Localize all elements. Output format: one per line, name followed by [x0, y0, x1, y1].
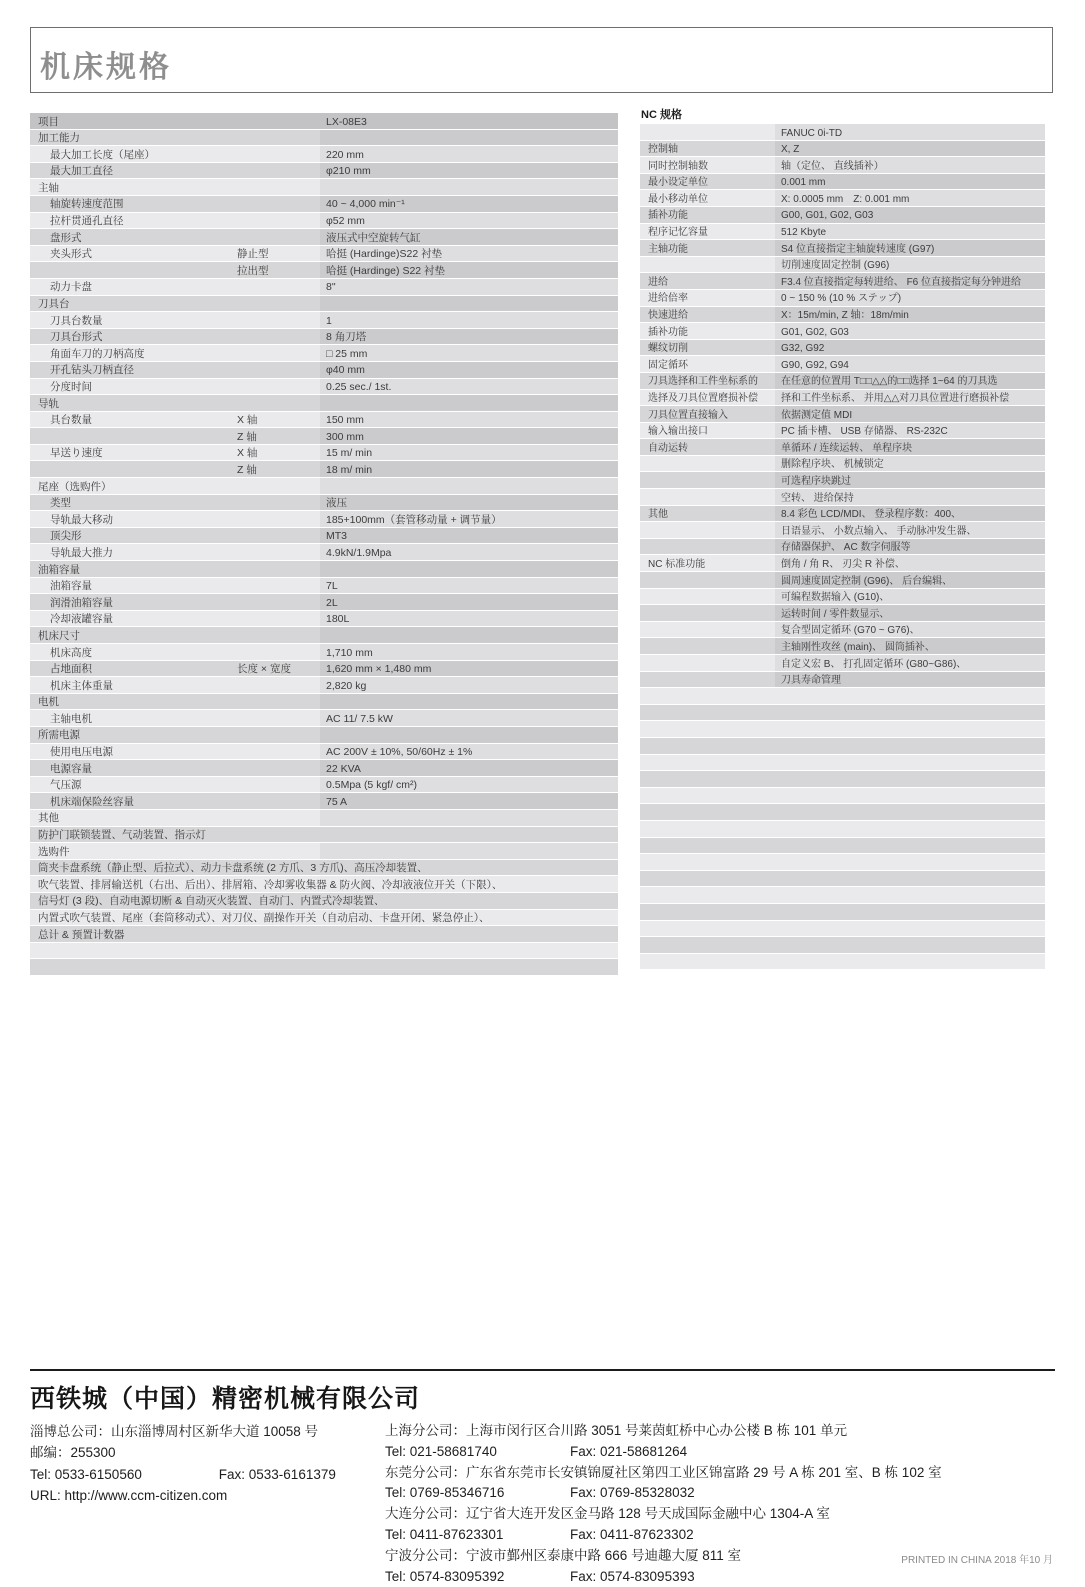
row-label: 插补功能 — [648, 325, 688, 340]
branch-tel: Tel: 0769-85346716 — [385, 1483, 570, 1504]
row-label: 拉杆贯通孔直径 — [50, 214, 124, 229]
row-label: 选购件 — [38, 845, 70, 860]
page-title: 机床规格 — [40, 42, 172, 86]
machine-spec-row: 最大加工长度（尾座）220 mm — [30, 146, 618, 163]
nc-spec-row: 自定义宏 B、 打孔固定循环 (G80~G86)、 — [640, 655, 1045, 672]
row-label: 固定循环 — [648, 358, 688, 373]
value-column-shade — [320, 760, 618, 776]
printed-note: PRINTED IN CHINA 2018 年10 月 — [901, 1551, 1053, 1566]
row-value: 哈挺 (Hardinge)S22 衬垫 — [326, 247, 442, 262]
value-column-shade — [320, 395, 618, 411]
row-label: 电源容量 — [50, 762, 92, 777]
row-label: 具台数量 — [50, 413, 92, 428]
nc-spec-row: 日语显示、 小数点输入、 手动脉冲发生器、 — [640, 522, 1045, 539]
value-column-shade — [320, 810, 618, 826]
value-column-shade — [320, 279, 618, 295]
nc-spec-row: 可选程序块跳过 — [640, 472, 1045, 489]
row-value: AC 200V ± 10%, 50/60Hz ± 1% — [326, 745, 472, 760]
row-label: 其他 — [648, 507, 668, 522]
machine-spec-row: 润滑油箱容量2L — [30, 594, 618, 611]
machine-spec-row: 内置式吹气装置、尾座（套筒移动式）、对刀仪、副操作开关（自动启动、卡盘开闭、紧急… — [30, 910, 618, 927]
row-value: 180L — [326, 612, 349, 627]
row-value: F3.4 位直接指定每转进给、 F6 位直接指定每分钟进给 — [781, 275, 1021, 290]
row-label: NC 标准功能 — [648, 557, 705, 572]
value-column-shade — [320, 611, 618, 627]
nc-spec-row: 刀具位置直接输入依据测定值 MDI — [640, 406, 1045, 423]
nc-spec-row: 圆周速度固定控制 (G96)、 后台编辑、 — [640, 572, 1045, 589]
row-label: 程序记忆容量 — [648, 225, 708, 240]
row-label: 类型 — [50, 496, 71, 511]
row-value: G32, G92 — [781, 341, 824, 356]
machine-table-header-model: LX-08E3 — [326, 115, 367, 130]
row-value: G00, G01, G02, G03 — [781, 208, 873, 223]
machine-spec-row: 信号灯 (3 段)、自动电源切断 & 自动灭火装置、自动门、内置式冷却装置、 — [30, 893, 618, 910]
branch-fax: Fax: 021-58681264 — [570, 1444, 687, 1459]
nc-spec-table: FANUC 0i-TD控制轴X, Z同时控制轴数轴（定位、 直线插补）最小设定单… — [640, 124, 1045, 970]
row-label: 所需电源 — [38, 728, 80, 743]
value-column-shade — [320, 495, 618, 511]
row-label: 进给倍率 — [648, 291, 688, 306]
branch-telfax: Tel: 0574-83095392Fax: 0574-83095393 — [385, 1567, 1057, 1587]
nc-table-body: FANUC 0i-TD控制轴X, Z同时控制轴数轴（定位、 直线插补）最小设定单… — [640, 124, 1045, 970]
row-label: 使用电压电源 — [50, 745, 113, 760]
row-label: 螺纹切削 — [648, 341, 688, 356]
row-value: 40 ~ 4,000 min⁻¹ — [326, 197, 405, 212]
machine-spec-row: 电机 — [30, 694, 618, 711]
machine-spec-row: 刀具台形式8 角刀塔 — [30, 329, 618, 346]
machine-spec-row: Z 轴18 m/ min — [30, 461, 618, 478]
row-label: 动力卡盘 — [50, 280, 92, 295]
row-label: 输入输出接口 — [648, 424, 708, 439]
nc-spec-row — [640, 738, 1045, 755]
row-value: 185+100mm（套管移动量 + 调节量） — [326, 513, 502, 528]
row-label: 刀具台 — [38, 297, 70, 312]
value-column-shade — [320, 528, 618, 544]
row-value: 8 角刀塔 — [326, 330, 366, 345]
machine-spec-row: 所需电源 — [30, 727, 618, 744]
machine-spec-row: 角面车刀的刀柄高度□ 25 mm — [30, 345, 618, 362]
machine-spec-row: 其他 — [30, 810, 618, 827]
machine-spec-row: 导轨 — [30, 395, 618, 412]
machine-spec-row: 主轴 — [30, 179, 618, 196]
row-value: G90, G92, G94 — [781, 358, 849, 373]
row-value: 液压 — [326, 496, 347, 511]
row-label: 最大加工长度（尾座） — [50, 148, 155, 163]
nc-spec-row: 固定循环G90, G92, G94 — [640, 356, 1045, 373]
row-value: 4.9kN/1.9Mpa — [326, 546, 391, 561]
machine-spec-row: Z 轴300 mm — [30, 428, 618, 445]
row-value: X: 0.0005 mm Z: 0.001 mm — [781, 192, 909, 207]
nc-spec-row — [640, 755, 1045, 772]
row-value: 512 Kbyte — [781, 225, 826, 240]
row-value: 0.001 mm — [781, 175, 825, 190]
hq-tel: Tel: 0533-6150560 — [30, 1464, 215, 1485]
nc-spec-row: 插补功能G01, G02, G03 — [640, 323, 1045, 340]
row-value: 依据测定值 MDI — [781, 408, 852, 423]
row-label: 快速进给 — [648, 308, 688, 323]
row-label: 轴旋转速度范围 — [50, 197, 124, 212]
row-label: 吹气装置、排屑输送机（右出、后出）、排屑箱、冷却雾收集器 & 防火阀、冷却液液位… — [38, 878, 502, 893]
nc-spec-row: 程序记忆容量512 Kbyte — [640, 224, 1045, 241]
row-label: 总计 & 预置计数器 — [38, 928, 124, 943]
value-column-shade — [320, 296, 618, 312]
row-value: 0.25 sec./ 1st. — [326, 380, 391, 395]
hq-telfax: Tel: 0533-6150560 Fax: 0533-6161379 — [30, 1464, 375, 1485]
row-label: 主轴电机 — [50, 712, 92, 727]
nc-spec-row — [640, 804, 1045, 821]
page-header-box: 机床规格 — [30, 27, 1053, 93]
row-value: 刀具寿命管理 — [781, 673, 841, 688]
nc-spec-row: 可编程数据输入 (G10)、 — [640, 589, 1045, 606]
row-label: 油箱容量 — [50, 579, 92, 594]
nc-spec-row — [640, 887, 1045, 904]
row-label: 早送り速度 — [50, 446, 103, 461]
branch-address: 上海分公司：上海市闵行区合川路 3051 号莱茵虹桥中心办公楼 B 栋 101 … — [385, 1421, 1057, 1442]
row-label: 占地面积 — [50, 662, 92, 677]
machine-spec-row: 轴旋转速度范围40 ~ 4,000 min⁻¹ — [30, 196, 618, 213]
row-label: 选择及刀具位置磨损补偿 — [648, 391, 758, 406]
value-column-shade — [320, 179, 618, 195]
machine-spec-row: 冷却液罐容量180L — [30, 611, 618, 628]
row-sublabel: X 轴 — [237, 446, 257, 461]
machine-spec-row: 刀具台数量1 — [30, 312, 618, 329]
row-value: 在任意的位置用 T□□△△的□□选择 1~64 的刀具选 — [781, 374, 998, 389]
nc-spec-row: 进给F3.4 位直接指定每转进给、 F6 位直接指定每分钟进给 — [640, 273, 1045, 290]
row-label: 加工能力 — [38, 131, 80, 146]
row-label: 自动运转 — [648, 441, 688, 456]
row-sublabel: X 轴 — [237, 413, 257, 428]
nc-spec-row: 存储器保护、 AC 数字伺服等 — [640, 539, 1045, 556]
machine-spec-row — [30, 959, 618, 976]
nc-spec-row: 进给倍率0 ~ 150 % (10 % ステップ) — [640, 290, 1045, 307]
row-value: MT3 — [326, 529, 347, 544]
row-label: 机床高度 — [50, 646, 92, 661]
nc-spec-row: 删除程序块、 机械锁定 — [640, 456, 1045, 473]
branch-tel: Tel: 0574-83095392 — [385, 1567, 570, 1587]
row-value: φ210 mm — [326, 164, 371, 179]
row-value: 18 m/ min — [326, 463, 372, 478]
row-label: 夹头形式 — [50, 247, 92, 262]
machine-spec-row: 类型液压 — [30, 495, 618, 512]
nc-spec-row — [640, 705, 1045, 722]
row-value: 1 — [326, 314, 332, 329]
row-label: 内置式吹气装置、尾座（套筒移动式）、对刀仪、副操作开关（自动启动、卡盘开闭、紧急… — [38, 911, 490, 926]
row-value: 删除程序块、 机械锁定 — [781, 457, 884, 472]
row-label: 刀具台数量 — [50, 314, 103, 329]
row-value: X, Z — [781, 142, 799, 157]
row-value: 150 mm — [326, 413, 364, 428]
row-value: 哈挺 (Hardinge) S22 衬垫 — [326, 264, 445, 279]
branch-telfax: Tel: 0769-85346716Fax: 0769-85328032 — [385, 1483, 1057, 1504]
machine-table-header-row: 项目 LX-08E3 — [30, 113, 618, 130]
machine-spec-row: 电源容量22 KVA — [30, 760, 618, 777]
nc-spec-row — [640, 937, 1045, 954]
row-value: 自定义宏 B、 打孔固定循环 (G80~G86)、 — [781, 657, 966, 672]
row-value: 圆周速度固定控制 (G96)、 后台编辑、 — [781, 574, 952, 589]
nc-spec-row — [640, 771, 1045, 788]
machine-spec-row: 夹头形式静止型哈挺 (Hardinge)S22 衬垫 — [30, 246, 618, 263]
row-label: 防护门联锁装置、气动装置、指示灯 — [38, 828, 206, 843]
row-value: 8" — [326, 280, 336, 295]
row-label: 主轴功能 — [648, 242, 688, 257]
row-sublabel: 长度 × 宽度 — [237, 662, 291, 677]
value-column-shade — [320, 312, 618, 328]
row-value: 切削速度固定控制 (G96) — [781, 258, 889, 273]
row-value: φ40 mm — [326, 363, 365, 378]
row-value: 8.4 彩色 LCD/MDI、 登录程序数：400、 — [781, 507, 961, 522]
nc-spec-row — [640, 721, 1045, 738]
machine-spec-row: 拉出型哈挺 (Hardinge) S22 衬垫 — [30, 262, 618, 279]
row-label: 插补功能 — [648, 208, 688, 223]
machine-spec-row: 开孔钻头刀柄直径φ40 mm — [30, 362, 618, 379]
branch-tel: Tel: 0411-87623301 — [385, 1525, 570, 1546]
value-column-shade — [320, 843, 618, 859]
nc-spec-row: 主轴刚性攻丝 (main)、 圆筒插补、 — [640, 638, 1045, 655]
row-value: 日语显示、 小数点输入、 手动脉冲发生器、 — [781, 524, 977, 539]
machine-spec-row: 油箱容量 — [30, 561, 618, 578]
nc-spec-row: 运转时间 / 零件数显示、 — [640, 605, 1045, 622]
row-value: 存储器保护、 AC 数字伺服等 — [781, 540, 910, 555]
row-label: 其他 — [38, 811, 59, 826]
value-column-shade — [320, 627, 618, 643]
machine-spec-row: 刀具台 — [30, 296, 618, 313]
row-label: 气压源 — [50, 778, 82, 793]
row-label: 最大加工直径 — [50, 164, 113, 179]
nc-spec-row: 控制轴X, Z — [640, 141, 1045, 158]
nc-spec-row — [640, 921, 1045, 938]
value-column-shade — [320, 694, 618, 710]
row-label: 分度时间 — [50, 380, 92, 395]
row-label: 主轴 — [38, 181, 59, 196]
nc-spec-row: 快速进给X：15m/min, Z 轴：18m/min — [640, 307, 1045, 324]
nc-spec-row — [640, 788, 1045, 805]
nc-spec-row — [640, 854, 1045, 871]
branch-fax: Fax: 0574-83095393 — [570, 1569, 695, 1584]
row-value: 可选程序块跳过 — [781, 474, 851, 489]
machine-table-body: 加工能力最大加工长度（尾座）220 mm最大加工直径φ210 mm主轴轴旋转速度… — [30, 130, 618, 976]
row-value: 倒角 / 角 R、 刃尖 R 补偿、 — [781, 557, 905, 572]
machine-spec-row: 拉杆贯通孔直径φ52 mm — [30, 213, 618, 230]
row-sublabel: 拉出型 — [237, 264, 269, 279]
hq-address: 淄博总公司：山东淄博周村区新华大道 10058 号 — [30, 1421, 375, 1442]
value-column-shade — [320, 428, 618, 444]
nc-spec-row: 切削速度固定控制 (G96) — [640, 257, 1045, 274]
row-label: 机床端保险丝容量 — [50, 795, 134, 810]
machine-spec-row: 吹气装置、排屑输送机（右出、后出）、排屑箱、冷却雾收集器 & 防火阀、冷却液液位… — [30, 876, 618, 893]
value-column-shade — [320, 793, 618, 809]
hq-fax: Fax: 0533-6161379 — [219, 1467, 336, 1482]
row-label: 导轨 — [38, 397, 59, 412]
nc-spec-row: 最小移动单位X: 0.0005 mm Z: 0.001 mm — [640, 190, 1045, 207]
row-value: 7L — [326, 579, 338, 594]
row-value: 主轴刚性攻丝 (main)、 圆筒插补、 — [781, 640, 935, 655]
row-label: 润滑油箱容量 — [50, 596, 113, 611]
row-sublabel: 静止型 — [237, 247, 269, 262]
machine-spec-row: 防护门联锁装置、气动装置、指示灯 — [30, 827, 618, 844]
value-column-shade — [320, 594, 618, 610]
row-label: 冷却液罐容量 — [50, 612, 113, 627]
nc-spec-row: NC 标准功能倒角 / 角 R、 刃尖 R 补偿、 — [640, 555, 1045, 572]
row-value: 液压式中空旋转气缸 — [326, 231, 421, 246]
machine-spec-row: 尾座（选购件） — [30, 478, 618, 495]
nc-spec-row: 复合型固定循环 (G70 ~ G76)、 — [640, 622, 1045, 639]
machine-spec-row: 加工能力 — [30, 130, 618, 147]
row-value: 可编程数据输入 (G10)、 — [781, 590, 889, 605]
row-value: 复合型固定循环 (G70 ~ G76)、 — [781, 623, 920, 638]
row-label: 角面车刀的刀柄高度 — [50, 347, 145, 362]
nc-spec-row: 选择及刀具位置磨损补偿择和工件坐标系、 并用△△对刀具位置进行磨损补偿 — [640, 390, 1045, 407]
nc-spec-row: 其他8.4 彩色 LCD/MDI、 登录程序数：400、 — [640, 506, 1045, 523]
value-column-shade — [320, 478, 618, 494]
branch-address: 大连分公司：辽宁省大连开发区金马路 128 号天成国际金融中心 1304-A 室 — [385, 1504, 1057, 1525]
row-label: 尾座（选购件） — [38, 480, 112, 495]
machine-spec-row: 筒夹卡盘系统（静止型、后拉式）、动力卡盘系统 (2 方爪、3 方爪)、高压冷却装… — [30, 860, 618, 877]
machine-spec-row: 油箱容量7L — [30, 578, 618, 595]
row-label: 顶尖形 — [50, 529, 82, 544]
row-value: 1,620 mm × 1,480 mm — [326, 662, 431, 677]
nc-spec-row: 自动运转单循环 / 连续运转、 单程序块 — [640, 439, 1045, 456]
value-column-shade — [320, 561, 618, 577]
row-label: 最小移动单位 — [648, 192, 708, 207]
nc-spec-row — [640, 954, 1045, 971]
branch-telfax: Tel: 021-58681740Fax: 021-58681264 — [385, 1442, 1057, 1463]
machine-spec-row: 最大加工直径φ210 mm — [30, 163, 618, 180]
value-column-shade — [775, 141, 1045, 157]
value-column-shade — [320, 727, 618, 743]
row-label: 刀具位置直接输入 — [648, 408, 728, 423]
row-value: φ52 mm — [326, 214, 365, 229]
nc-spec-row: 输入输出接口PC 插卡槽、 USB 存储器、 RS-232C — [640, 423, 1045, 440]
row-value: 75 A — [326, 795, 347, 810]
headquarters-block: 淄博总公司：山东淄博周村区新华大道 10058 号 邮编：255300 Tel:… — [30, 1421, 375, 1506]
nc-spec-row: 主轴功能S4 位直接指定主轴旋转速度 (G97) — [640, 240, 1045, 257]
machine-spec-row: 机床端保险丝容量75 A — [30, 793, 618, 810]
machine-spec-row: 具台数量X 轴150 mm — [30, 412, 618, 429]
row-label: 机床尺寸 — [38, 629, 80, 644]
hq-postcode: 邮编：255300 — [30, 1442, 375, 1463]
row-value: 空转、 进给保持 — [781, 491, 854, 506]
row-value: 择和工件坐标系、 并用△△对刀具位置进行磨损补偿 — [781, 391, 1009, 406]
row-value: 0 ~ 150 % (10 % ステップ) — [781, 291, 901, 306]
row-label: 最小设定单位 — [648, 175, 708, 190]
nc-spec-row: FANUC 0i-TD — [640, 124, 1045, 141]
footer-divider — [30, 1369, 1055, 1371]
row-label: 控制轴 — [648, 142, 678, 157]
machine-spec-row: 顶尖形MT3 — [30, 528, 618, 545]
nc-spec-row — [640, 838, 1045, 855]
row-label: 筒夹卡盘系统（静止型、后拉式）、动力卡盘系统 (2 方爪、3 方爪)、高压冷却装… — [38, 861, 428, 876]
row-value: 15 m/ min — [326, 446, 372, 461]
row-label: 刀具选择和工件坐标系的 — [648, 374, 758, 389]
machine-spec-row: 总计 & 预置计数器 — [30, 926, 618, 943]
nc-spec-row — [640, 904, 1045, 921]
machine-spec-row: 机床主体重量2,820 kg — [30, 677, 618, 694]
value-column-shade — [320, 578, 618, 594]
machine-spec-row: 导轨最大移动185+100mm（套管移动量 + 调节量） — [30, 511, 618, 528]
nc-table-title: NC 规格 — [641, 106, 682, 122]
row-value: 2,820 kg — [326, 679, 366, 694]
row-label: 油箱容量 — [38, 563, 80, 578]
nc-spec-row: 刀具选择和工件坐标系的在任意的位置用 T□□△△的□□选择 1~64 的刀具选 — [640, 373, 1045, 390]
branch-fax: Fax: 0411-87623302 — [570, 1527, 694, 1542]
machine-spec-row: 主轴电机AC 11/ 7.5 kW — [30, 710, 618, 727]
row-label: 盘形式 — [50, 231, 82, 246]
row-label: 导轨最大移动 — [50, 513, 113, 528]
machine-spec-row: 盘形式液压式中空旋转气缸 — [30, 229, 618, 246]
row-value: □ 25 mm — [326, 347, 367, 362]
machine-spec-row: 气压源0.5Mpa (5 kgf/ cm²) — [30, 777, 618, 794]
row-label: 机床主体重量 — [50, 679, 113, 694]
row-value: G01, G02, G03 — [781, 325, 849, 340]
nc-spec-row: 插补功能G00, G01, G02, G03 — [640, 207, 1045, 224]
row-value: AC 11/ 7.5 kW — [326, 712, 393, 727]
value-column-shade — [320, 412, 618, 428]
machine-spec-row: 分度时间0.25 sec./ 1st. — [30, 379, 618, 396]
nc-spec-row: 螺纹切削G32, G92 — [640, 340, 1045, 357]
row-sublabel: Z 轴 — [237, 463, 257, 478]
row-value: PC 插卡槽、 USB 存储器、 RS-232C — [781, 424, 948, 439]
row-value: 轴（定位、 直线插补） — [781, 159, 884, 174]
machine-spec-row: 早送り速度X 轴15 m/ min — [30, 445, 618, 462]
value-column-shade — [320, 130, 618, 146]
machine-spec-row: 导轨最大推力4.9kN/1.9Mpa — [30, 544, 618, 561]
row-label: 电机 — [38, 695, 59, 710]
row-value: X：15m/min, Z 轴：18m/min — [781, 308, 909, 323]
nc-spec-row — [640, 871, 1045, 888]
nc-spec-row — [640, 688, 1045, 705]
row-value: FANUC 0i-TD — [781, 126, 842, 141]
row-value: 1,710 mm — [326, 646, 373, 661]
value-column-shade — [320, 146, 618, 162]
branch-telfax: Tel: 0411-87623301Fax: 0411-87623302 — [385, 1525, 1057, 1546]
machine-spec-row — [30, 943, 618, 960]
row-value: 0.5Mpa (5 kgf/ cm²) — [326, 778, 417, 793]
nc-spec-row: 刀具寿命管理 — [640, 672, 1045, 689]
nc-spec-row: 最小设定单位0.001 mm — [640, 174, 1045, 191]
row-label: 导轨最大推力 — [50, 546, 113, 561]
row-value: 220 mm — [326, 148, 364, 163]
hq-url: URL: http://www.ccm-citizen.com — [30, 1485, 375, 1506]
row-value: 22 KVA — [326, 762, 361, 777]
row-label: 信号灯 (3 段)、自动电源切断 & 自动灭火装置、自动门、内置式冷却装置、 — [38, 894, 385, 909]
branch-tel: Tel: 021-58681740 — [385, 1442, 570, 1463]
machine-spec-row: 使用电压电源AC 200V ± 10%, 50/60Hz ± 1% — [30, 744, 618, 761]
machine-spec-table: 项目 LX-08E3 加工能力最大加工长度（尾座）220 mm最大加工直径φ21… — [30, 113, 618, 976]
row-sublabel: Z 轴 — [237, 430, 257, 445]
row-label: 同时控制轴数 — [648, 159, 708, 174]
row-value: 单循环 / 连续运转、 单程序块 — [781, 441, 912, 456]
machine-spec-row: 动力卡盘8" — [30, 279, 618, 296]
machine-spec-row: 机床高度1,710 mm — [30, 644, 618, 661]
machine-spec-row: 机床尺寸 — [30, 627, 618, 644]
row-label: 刀具台形式 — [50, 330, 103, 345]
row-value: 300 mm — [326, 430, 364, 445]
machine-spec-row: 占地面积长度 × 宽度1,620 mm × 1,480 mm — [30, 661, 618, 678]
machine-table-header-item: 项目 — [38, 115, 59, 130]
row-label: 进给 — [648, 275, 668, 290]
row-value: S4 位直接指定主轴旋转速度 (G97) — [781, 242, 934, 257]
nc-spec-row — [640, 821, 1045, 838]
row-value: 2L — [326, 596, 338, 611]
nc-spec-row: 空转、 进给保持 — [640, 489, 1045, 506]
nc-spec-row: 同时控制轴数轴（定位、 直线插补） — [640, 157, 1045, 174]
company-name: 西铁城（中国）精密机械有限公司 — [30, 1379, 420, 1415]
row-label: 开孔钻头刀柄直径 — [50, 363, 134, 378]
machine-spec-row: 选购件 — [30, 843, 618, 860]
branch-address: 东莞分公司：广东省东莞市长安镇锦厦社区第四工业区锦富路 29 号 A 栋 201… — [385, 1463, 1057, 1484]
row-value: 运转时间 / 零件数显示、 — [781, 607, 889, 622]
branch-fax: Fax: 0769-85328032 — [570, 1485, 695, 1500]
